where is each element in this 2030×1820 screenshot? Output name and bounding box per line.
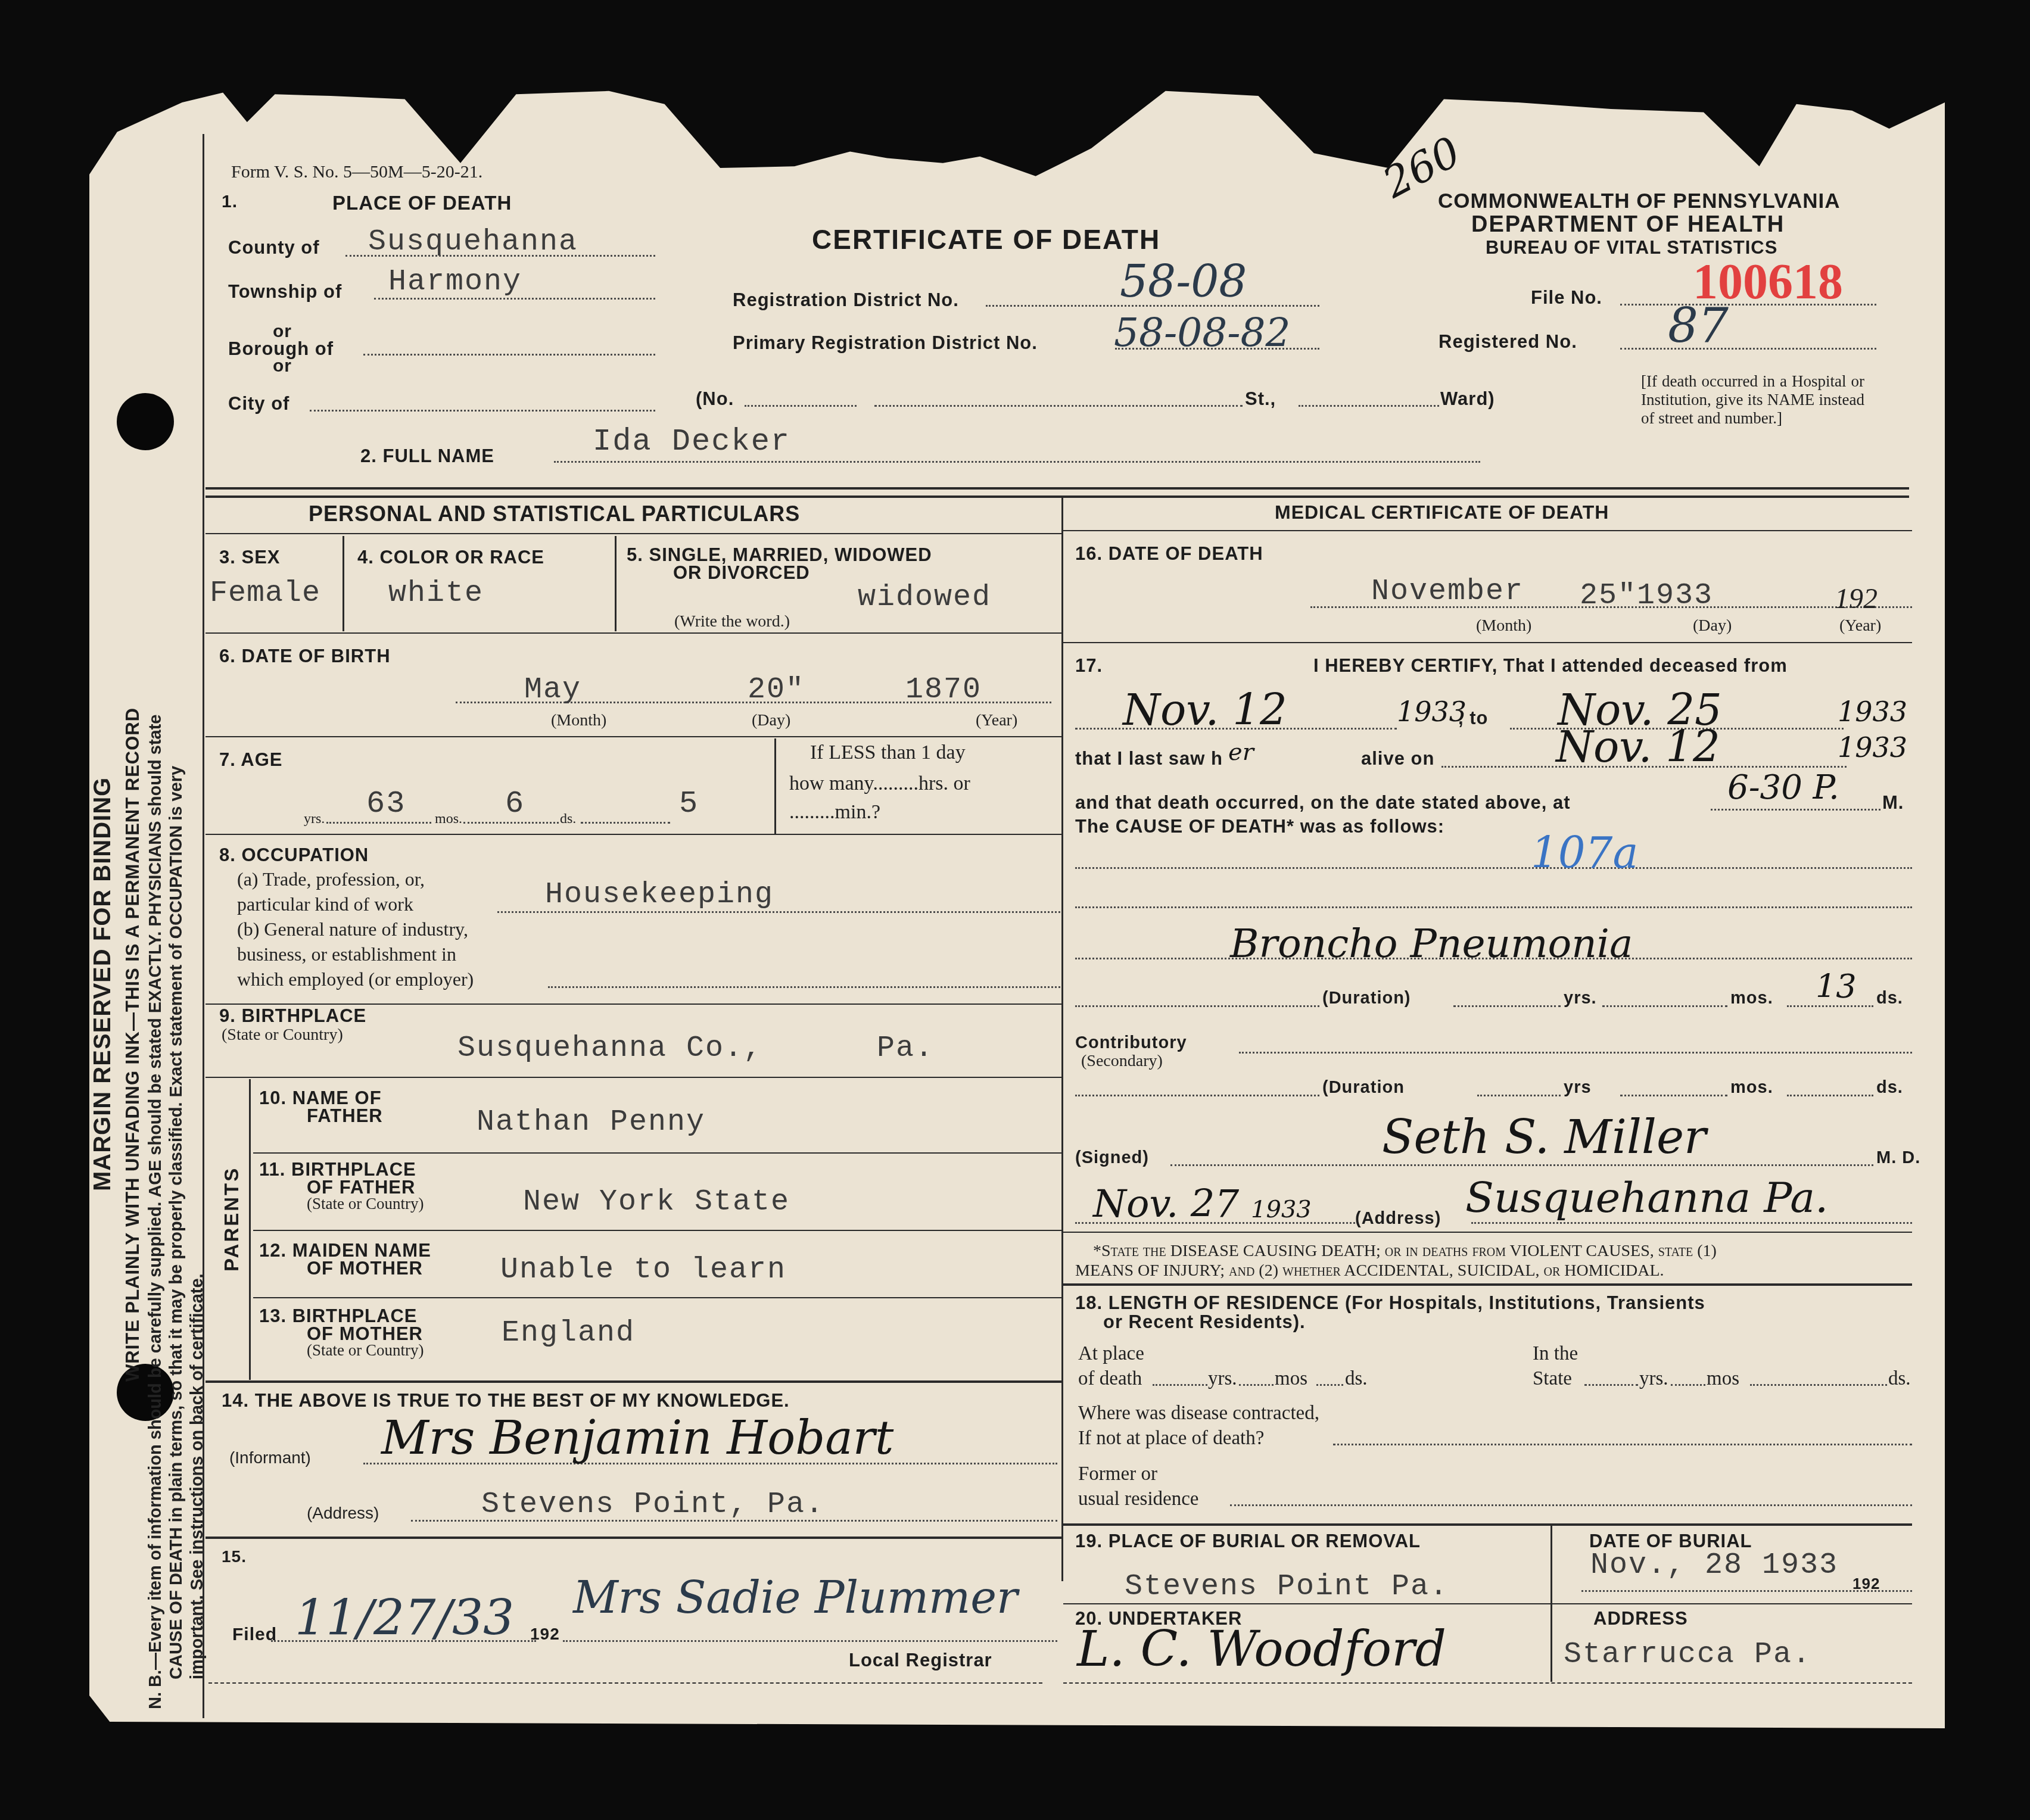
frame-left-line	[203, 134, 204, 1718]
duration2-ds-label: ds.	[1876, 1078, 1903, 1098]
burial-date-value[interactable]: Nov., 28 1933	[1590, 1548, 1838, 1582]
dob-year-caption: (Year)	[976, 711, 1017, 730]
street-label: St.,	[1245, 388, 1276, 410]
informant-address-value[interactable]: Stevens Point, Pa.	[481, 1488, 824, 1522]
res-yrs-label: yrs.	[1208, 1368, 1237, 1390]
cause-line-3	[1075, 958, 1912, 959]
contracted-1: Where was disease contracted,	[1078, 1403, 1319, 1425]
row-rule-residence	[1063, 1283, 1912, 1286]
full-name-label: 2. FULL NAME	[360, 445, 494, 467]
secondary-label: (Secondary)	[1081, 1052, 1163, 1071]
dob-year[interactable]: 1870	[905, 673, 982, 707]
age-ds-value[interactable]: 5	[679, 786, 699, 821]
margin-binding-note: MARGIN RESERVED FOR BINDING	[89, 777, 116, 1191]
physician-address-line	[1471, 1222, 1912, 1224]
personal-section-title: PERSONAL AND STATISTICAL PARTICULARS	[309, 501, 800, 526]
margin-instructions-3: important. See instructions on back of c…	[188, 1273, 207, 1679]
duration2-ds-line	[1787, 1095, 1873, 1096]
city-label: City of	[228, 393, 289, 415]
undertaker-signature[interactable]: L. C. Woodford	[1077, 1621, 1446, 1678]
occupation-b-line2: business, or establishment in	[237, 943, 456, 965]
burial-place-value[interactable]: Stevens Point Pa.	[1125, 1570, 1449, 1604]
date-of-death-day-year[interactable]: 25"1933	[1580, 579, 1713, 613]
age-mos-label: mos.	[435, 811, 462, 827]
agency-line-1: COMMONWEALTH OF PENNSYLVANIA	[1438, 189, 1840, 213]
contributory-label: Contributory	[1075, 1033, 1187, 1053]
medical-section-title: MEDICAL CERTIFICATE OF DEATH	[1275, 501, 1609, 523]
birthplace-hint: (State or Country)	[222, 1026, 343, 1045]
filed-label: Filed	[232, 1625, 277, 1645]
occupation-a-line1: (a) Trade, profession, or,	[237, 868, 425, 890]
race-marital-divider	[615, 536, 617, 631]
header-rule-2	[206, 495, 1909, 498]
cause-value[interactable]: Broncho Pneumonia	[1230, 921, 1633, 967]
registrar-signature[interactable]: Mrs Sadie Plummer	[573, 1572, 1017, 1623]
state-mos-line	[1671, 1384, 1705, 1386]
filed-192: 192	[530, 1625, 560, 1644]
to-label: , to	[1458, 708, 1489, 729]
age-label: 7. AGE	[219, 749, 283, 771]
state-yrs-line	[1584, 1384, 1638, 1386]
undertaker-address-label: ADDRESS	[1593, 1608, 1688, 1629]
sex-race-divider	[343, 536, 344, 631]
dod-day-caption: (Day)	[1693, 616, 1732, 635]
birthplace-label: 9. BIRTHPLACE	[219, 1005, 366, 1027]
row-rule-filed	[206, 1537, 1061, 1539]
duration2-mos-line	[1620, 1095, 1727, 1096]
at-place-2: of death	[1078, 1368, 1142, 1390]
occupation-b-line	[548, 986, 1060, 988]
row-rule-occupation	[206, 834, 1061, 835]
attended-from-year[interactable]: 1933	[1397, 696, 1467, 728]
duration2-label: (Duration	[1322, 1078, 1405, 1098]
father-name-value[interactable]: Nathan Penny	[477, 1105, 705, 1139]
punch-hole-top	[117, 393, 174, 450]
item-17-label: 17.	[1075, 655, 1103, 677]
certify-text: I HEREBY CERTIFY, That I attended deceas…	[1313, 655, 1788, 677]
registered-no-line	[1620, 348, 1876, 350]
certificate-title: CERTIFICATE OF DEATH	[812, 223, 1160, 255]
race-value[interactable]: white	[388, 576, 484, 610]
marital-hint: (Write the word.)	[674, 612, 790, 631]
duration-yrs-label: yrs.	[1564, 989, 1597, 1008]
dob-day[interactable]: 20"	[748, 673, 805, 707]
filed-value[interactable]: 11/27/33	[295, 1590, 514, 1647]
primary-district-label: Primary Registration District No.	[733, 332, 1038, 354]
duration-mos-line	[1602, 1005, 1727, 1007]
duration-ds-line	[1787, 1005, 1873, 1007]
res-ds-line	[1316, 1384, 1343, 1386]
less-than-day-2: how many.........hrs. or	[789, 772, 970, 795]
footnote-line-1: *State the DISEASE CAUSING DEATH; or in …	[1093, 1242, 1717, 1261]
mother-maiden-label-2: OF MOTHER	[307, 1258, 423, 1279]
last-saw-date[interactable]: Nov. 12	[1556, 722, 1720, 772]
duration2-yrs-label: yrs	[1564, 1078, 1592, 1098]
father-name-label-2: FATHER	[307, 1105, 383, 1127]
place-of-death-heading: PLACE OF DEATH	[332, 192, 512, 214]
state-ds-line	[1750, 1384, 1887, 1386]
duration-mos-label: mos.	[1730, 989, 1773, 1008]
signed-label: (Signed)	[1075, 1148, 1149, 1168]
death-time-line	[1711, 809, 1880, 811]
signed-line	[1170, 1164, 1873, 1166]
duration2-yrs-line	[1477, 1095, 1561, 1096]
row-rule-birthplace	[206, 1004, 1061, 1005]
res-ds-label: ds.	[1345, 1368, 1368, 1390]
row-rule-mother-maiden	[253, 1230, 1061, 1231]
race-label: 4. COLOR OR RACE	[357, 547, 544, 568]
margin-instructions-1: N. B.—Every item of information should b…	[146, 715, 166, 1709]
registrar-line	[563, 1640, 1057, 1642]
city-field-line	[310, 410, 655, 412]
column-divider	[1061, 497, 1063, 1581]
md-label: M. D.	[1876, 1148, 1920, 1168]
mother-birthplace-hint: (State or Country)	[307, 1341, 424, 1360]
burial-192: 192	[1852, 1575, 1880, 1593]
form-number: Form V. S. No. 5—50M—5-20-21.	[231, 162, 482, 182]
duration-label: (Duration)	[1322, 989, 1411, 1008]
parents-divider	[249, 1079, 251, 1380]
marital-value[interactable]: widowed	[858, 581, 991, 615]
sex-value[interactable]: Female	[210, 576, 320, 610]
registration-district-value[interactable]: 58-08	[1120, 256, 1247, 307]
dob-month-caption: (Month)	[551, 711, 606, 730]
dob-day-caption: (Day)	[752, 711, 790, 730]
street-name-line	[874, 405, 1243, 407]
informant-label: (Informant)	[229, 1448, 311, 1467]
residence-label-2: or Recent Residents).	[1103, 1311, 1306, 1333]
age-ds-line	[581, 822, 670, 824]
row-rule-parents	[206, 1077, 1061, 1078]
occupation-a-line2: particular kind of work	[237, 893, 413, 915]
agency-line-2: DEPARTMENT OF HEALTH	[1471, 212, 1785, 238]
street-no-label: (No.	[696, 388, 734, 410]
alive-on-label: alive on	[1361, 748, 1434, 769]
dod-year-caption: (Year)	[1839, 616, 1881, 635]
medical-title-rule	[1063, 530, 1912, 531]
informant-signature[interactable]: Mrs Benjamin Hobart	[381, 1411, 893, 1465]
full-name-line	[554, 461, 1480, 463]
ward-label: Ward)	[1440, 388, 1495, 410]
dob-month[interactable]: May	[524, 673, 581, 707]
sex-label: 3. SEX	[219, 547, 281, 568]
duration-yrs-line	[1453, 1005, 1561, 1007]
row-rule-burial	[1063, 1523, 1912, 1526]
row-rule-father-birthplace	[253, 1152, 1061, 1154]
contributory-line	[1239, 1052, 1912, 1054]
date-of-death-192: 192	[1835, 582, 1878, 615]
in-state-1: In the	[1533, 1343, 1578, 1365]
registered-no-value[interactable]: 87	[1668, 298, 1729, 353]
bottom-rule-right	[1063, 1682, 1912, 1684]
less-than-day-3: .........min.?	[789, 801, 880, 824]
marital-label-2: OR DIVORCED	[673, 562, 810, 584]
primary-district-value[interactable]: 58-08-82	[1114, 310, 1291, 356]
res-mos-line	[1239, 1384, 1274, 1386]
age-yrs-value[interactable]: 63	[366, 786, 406, 821]
res-mos-label: mos	[1275, 1368, 1307, 1390]
duration-ds-label: ds.	[1876, 989, 1903, 1008]
footnote-line-2: MEANS OF INJURY; and (2) whether ACCIDEN…	[1075, 1261, 1664, 1280]
row-rule-footnote	[1063, 1232, 1912, 1233]
date-of-death-month[interactable]: November	[1371, 575, 1524, 609]
personal-title-rule	[206, 533, 1061, 534]
physician-address[interactable]: Susquehanna Pa.	[1465, 1173, 1828, 1222]
contracted-2: If not at place of death?	[1078, 1428, 1264, 1450]
res-yrs-line	[1153, 1384, 1207, 1386]
full-name-value[interactable]: Ida Decker	[593, 424, 790, 459]
attended-from-date[interactable]: Nov. 12	[1123, 685, 1287, 735]
date-of-death-label: 16. DATE OF DEATH	[1075, 543, 1263, 565]
informant-statement: 14. THE ABOVE IS TRUE TO THE BEST OF MY …	[222, 1390, 790, 1411]
hospital-note: [If death occurred in a Hospital or Inst…	[1641, 372, 1864, 428]
duration2-lead-line	[1075, 1095, 1319, 1096]
cause-code[interactable]: 107a	[1531, 828, 1638, 878]
dod-month-caption: (Month)	[1476, 616, 1531, 635]
signed-year[interactable]: 1933	[1251, 1196, 1312, 1223]
at-place-1: At place	[1078, 1343, 1144, 1365]
physician-signature[interactable]: Seth S. Miller	[1382, 1111, 1706, 1164]
or-label-2: or	[273, 356, 292, 376]
former-residence-2: usual residence	[1078, 1488, 1199, 1510]
cause-line-1	[1075, 867, 1912, 869]
father-birthplace-value[interactable]: New York State	[523, 1185, 790, 1219]
row-rule-age	[206, 736, 1061, 737]
row-rule-mother-birthplace	[253, 1297, 1061, 1298]
contracted-line	[1333, 1444, 1912, 1445]
attended-to-year[interactable]: 1933	[1838, 696, 1907, 728]
margin-permanent-record: WRITE PLAINLY WITH UNFADING INK—THIS IS …	[122, 708, 144, 1382]
last-saw-pronoun[interactable]: er	[1228, 738, 1254, 766]
cause-line-2	[1075, 906, 1912, 908]
township-label: Township of	[228, 281, 342, 303]
duration-lead-line	[1075, 1005, 1319, 1007]
dob-label: 6. DATE OF BIRTH	[219, 646, 391, 667]
parents-label: PARENTS	[220, 1167, 243, 1271]
bottom-rule-left	[208, 1682, 1042, 1684]
informant-address-label: (Address)	[307, 1504, 379, 1523]
death-time-suffix: M.	[1882, 792, 1904, 814]
age-yrs-line	[326, 822, 431, 824]
state-yrs-label: yrs.	[1639, 1368, 1668, 1390]
age-mos-value[interactable]: 6	[505, 786, 525, 821]
duration-ds-value[interactable]: 13	[1816, 968, 1857, 1005]
file-no-label: File No.	[1531, 287, 1602, 308]
margin-instructions-2: CAUSE OF DEATH in plain terms, so that i…	[167, 766, 186, 1679]
mother-birthplace-value[interactable]: England	[502, 1316, 635, 1350]
undertaker-address-value[interactable]: Starrucca Pa.	[1564, 1638, 1811, 1672]
age-mos-line	[463, 822, 559, 824]
county-label: County of	[228, 237, 320, 258]
burial-place-label: 19. PLACE OF BURIAL OR REMOVAL	[1075, 1531, 1421, 1552]
item-15-label: 15.	[222, 1547, 247, 1566]
borough-field-line	[363, 354, 655, 356]
age-yrs-label: yrs.	[304, 811, 325, 827]
birthplace-value[interactable]: Susquehanna Co., Pa.	[457, 1031, 934, 1065]
ward-line	[1299, 405, 1439, 407]
age-divider	[774, 738, 776, 834]
place-of-death-number: 1.	[222, 192, 238, 212]
physician-address-label: (Address)	[1355, 1209, 1441, 1229]
street-no-line	[745, 405, 857, 407]
local-registrar-caption: Local Registrar	[849, 1650, 992, 1671]
occupation-label: 8. OCCUPATION	[219, 844, 369, 866]
last-saw-label: that I last saw h	[1075, 748, 1223, 769]
less-than-day-1: If LESS than 1 day	[810, 741, 966, 764]
row-rule-certify	[1063, 642, 1912, 643]
state-mos-label: mos	[1707, 1368, 1739, 1390]
registration-district-label: Registration District No.	[733, 289, 959, 311]
death-time-label: and that death occurred, on the date sta…	[1075, 792, 1571, 814]
township-value[interactable]: Harmony	[388, 265, 522, 299]
row-rule-informant	[206, 1380, 1061, 1383]
row-rule-dob	[206, 632, 1061, 634]
signed-date[interactable]: Nov. 27	[1093, 1182, 1239, 1226]
age-ds-label: ds.	[560, 811, 576, 827]
former-residence-line	[1230, 1504, 1912, 1506]
death-time-value[interactable]: 6-30 P.	[1727, 768, 1839, 807]
mother-maiden-value[interactable]: Unable to learn	[500, 1253, 786, 1287]
in-state-2: State	[1533, 1368, 1572, 1390]
former-residence-1: Former or	[1078, 1463, 1157, 1485]
state-ds-label: ds.	[1888, 1368, 1911, 1390]
registered-no-label: Registered No.	[1439, 331, 1577, 353]
county-value[interactable]: Susquehanna	[368, 225, 578, 259]
header-rule-1	[206, 487, 1909, 490]
row-rule-undertaker	[1063, 1603, 1912, 1604]
duration2-mos-label: mos.	[1730, 1078, 1773, 1098]
cause-label: The CAUSE OF DEATH* was as follows:	[1075, 816, 1444, 837]
occupation-a-value[interactable]: Housekeeping	[545, 878, 774, 912]
last-saw-year[interactable]: 1933	[1838, 731, 1907, 763]
occupation-b-line1: (b) General nature of industry,	[237, 918, 468, 940]
father-birthplace-hint: (State or Country)	[307, 1195, 424, 1213]
occupation-b-line3: which employed (or employer)	[237, 968, 474, 990]
residence-label-1: 18. LENGTH OF RESIDENCE (For Hospitals, …	[1075, 1292, 1705, 1314]
